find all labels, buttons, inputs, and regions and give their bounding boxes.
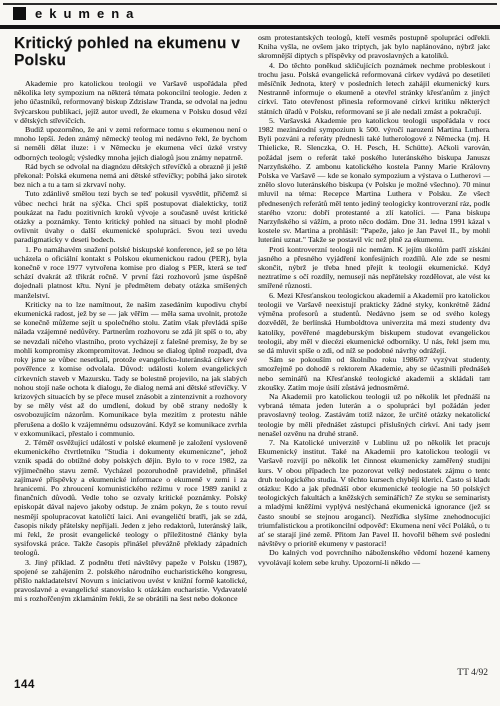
right-column: osm protestantských teologů, kteří vesmě… — [258, 33, 490, 604]
paragraph: Sám se pokouším od školního roku 1986/87… — [258, 355, 490, 392]
section-label: ekumena — [35, 7, 140, 20]
paragraph: Tuto zdánlivě smělou tezi bych se teď po… — [14, 189, 247, 244]
paragraph: Proti kontroverzní teologii nic nemám. K… — [258, 245, 490, 291]
paragraph: 3. Jiný příklad. Z podnětu třetí návštěv… — [14, 558, 247, 604]
paragraph: Akademie pro katolickou teologii ve Varš… — [14, 79, 247, 125]
page-number: 144 — [14, 679, 35, 691]
paragraph: 4. Do těchto poněkud skličujících poznám… — [258, 61, 490, 116]
scanned-page: ekumena Kritický pohled na ekumenu v Pol… — [0, 0, 500, 706]
paragraph: Kriticky na to lze namítnout, že našim z… — [14, 300, 247, 438]
paragraph: 5. Varšavská Akademie pro katolickou teo… — [258, 116, 490, 245]
paragraph: Na Akademii pro katolickou teologii už p… — [258, 392, 490, 438]
left-column: Kritický pohled na ekumenu v Polsku Akad… — [14, 30, 247, 604]
top-rule — [3, 3, 497, 5]
article-columns: Kritický pohled na ekumenu v Polsku Akad… — [14, 30, 490, 604]
section-header: ekumena — [13, 7, 140, 20]
header-divider — [0, 25, 500, 29]
paragraph: 6. Mezi Křesťanskou teologickou akademií… — [258, 291, 490, 355]
article-title: Kritický pohled na ekumenu v Polsku — [14, 35, 247, 69]
issue-label: TT 4/92 — [457, 668, 488, 678]
paragraph: 7. Na Katolické univerzitě v Lublinu už … — [258, 438, 490, 548]
paragraph: Budiž upozorněno, že ani v zemi reformac… — [14, 125, 247, 162]
section-bullet-icon — [13, 7, 26, 20]
paragraph: 2. Téměř osvěžující událostí v polské ek… — [14, 438, 247, 558]
paragraph: 1. Po namáhavém snažení polské biskupské… — [14, 245, 247, 300]
paragraph: Rád bych se odvolal na diagnózu dětských… — [14, 162, 247, 190]
paragraph: Do kalných vod povrchního náboženského v… — [258, 548, 490, 566]
paragraph: osm protestantských teologů, kteří vesmě… — [258, 33, 490, 61]
